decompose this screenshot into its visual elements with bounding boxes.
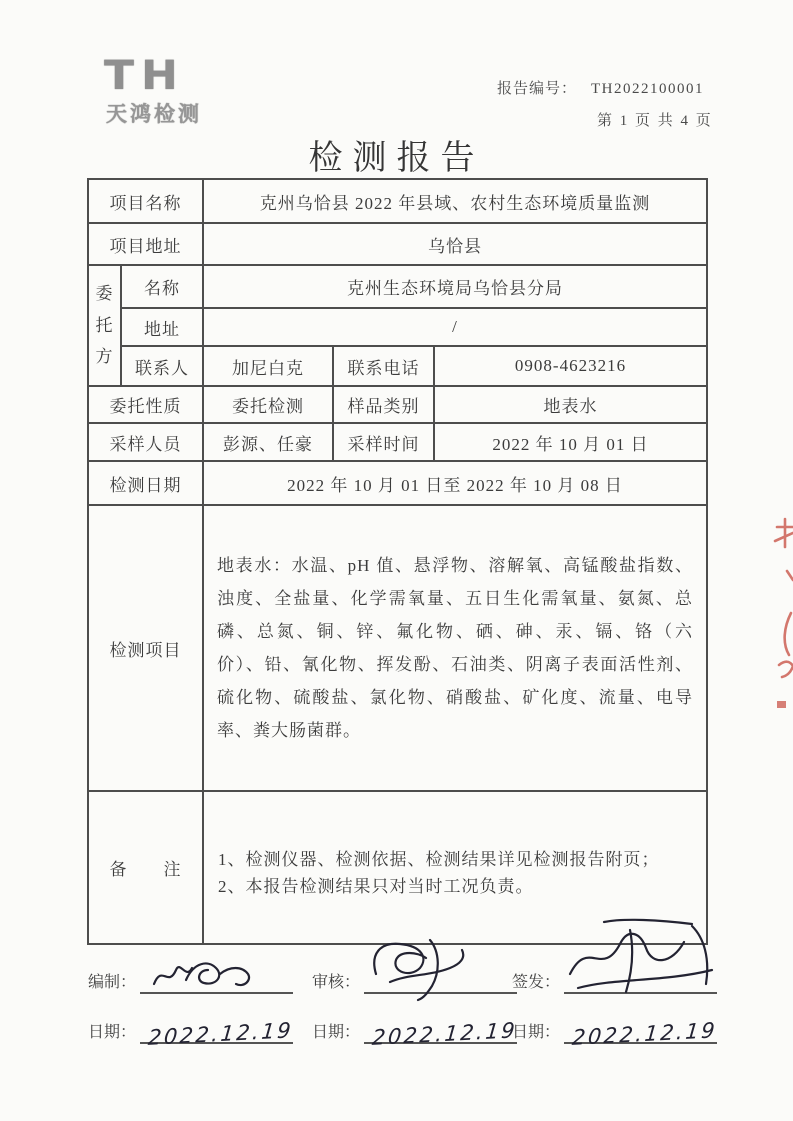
project-address-label: 项目地址	[88, 223, 203, 265]
client-name-value: 克州生态环境局乌恰县分局	[203, 265, 707, 308]
client-address-value: /	[203, 308, 707, 346]
sample-category-label: 样品类别	[333, 386, 434, 423]
project-name-label: 项目名称	[88, 179, 203, 223]
test-date-label: 检测日期	[88, 461, 203, 505]
contact-label: 联系人	[121, 346, 203, 386]
reviewed-label: 审核：	[312, 969, 360, 994]
reviewed-date-value: 2022.12.19	[371, 1018, 518, 1050]
samplers-label: 采样人员	[88, 423, 203, 461]
red-stamp-fragments-icon	[765, 495, 793, 725]
prepared-signature	[146, 950, 276, 998]
reviewed-date-line: 2022.12.19	[364, 1008, 517, 1044]
issued-date-line: 2022.12.19	[564, 1008, 717, 1044]
reviewed-signature-line	[364, 958, 517, 994]
report-meta: 报告编号：TH2022100001 第 1 页 共 4 页	[497, 78, 713, 132]
report-number-value: TH2022100001	[591, 81, 704, 97]
sample-category-value: 地表水	[434, 386, 707, 423]
client-group-label-text: 委托方	[95, 278, 115, 372]
table-row: 项目地址 乌恰县	[88, 223, 707, 265]
phone-label: 联系电话	[333, 346, 434, 386]
issued-date-value: 2022.12.19	[571, 1018, 718, 1050]
prepared-date-line: 2022.12.19	[140, 1008, 293, 1044]
issued-signature-line	[564, 958, 717, 994]
project-name-value: 克州乌恰县 2022 年县域、农村生态环境质量监测	[203, 179, 707, 223]
table-row: 检测项目 地表水：水温、pH 值、悬浮物、溶解氧、高锰酸盐指数、浊度、全盐量、化…	[88, 505, 707, 791]
test-items-label: 检测项目	[88, 505, 203, 791]
reviewed-date-label: 日期：	[312, 1019, 360, 1044]
sampling-time-label: 采样时间	[333, 423, 434, 461]
remarks-line-2: 2、本报告检测结果只对当时工况负责。	[218, 873, 694, 900]
table-row: 地址 /	[88, 308, 707, 346]
project-address-value: 乌恰县	[203, 223, 707, 265]
remarks-label: 备 注	[88, 791, 203, 944]
issued-signature	[564, 914, 724, 1006]
issued-label: 签发：	[512, 969, 560, 994]
prepared-date-label: 日期：	[88, 1019, 136, 1044]
commission-type-label: 委托性质	[88, 386, 203, 423]
issued-date-label: 日期：	[512, 1019, 560, 1044]
test-date-value: 2022 年 10 月 01 日至 2022 年 10 月 08 日	[203, 461, 707, 505]
reviewed-signature	[366, 934, 506, 1004]
sampling-time-value: 2022 年 10 月 01 日	[434, 423, 707, 461]
logo-initials: TH	[104, 56, 264, 96]
issued-block: 签发： 日期： 2022.12.19	[512, 956, 717, 1044]
client-group-label: 委托方	[88, 265, 121, 386]
company-logo: TH 天鸿检测	[104, 56, 264, 128]
prepared-signature-line	[140, 958, 293, 994]
test-items-value: 地表水：水温、pH 值、悬浮物、溶解氧、高锰酸盐指数、浊度、全盐量、化学需氧量、…	[203, 505, 707, 791]
report-title: 检测报告	[0, 130, 793, 179]
reviewed-block: 审核： 日期： 2022.12.19	[312, 956, 517, 1044]
table-row: 项目名称 克州乌恰县 2022 年县域、农村生态环境质量监测	[88, 179, 707, 223]
phone-value: 0908-4623216	[434, 346, 707, 386]
table-row: 委托方 名称 克州生态环境局乌恰县分局	[88, 265, 707, 308]
scanned-report-page: TH 天鸿检测 报告编号：TH2022100001 第 1 页 共 4 页 检测…	[0, 0, 793, 1121]
table-row: 采样人员 彭源、任豪 采样时间 2022 年 10 月 01 日	[88, 423, 707, 461]
table-row: 检测日期 2022 年 10 月 01 日至 2022 年 10 月 08 日	[88, 461, 707, 505]
page-indicator: 第 1 页 共 4 页	[597, 110, 713, 132]
report-number-label: 报告编号：	[497, 81, 577, 97]
client-name-label: 名称	[121, 265, 203, 308]
logo-company-name: 天鸿检测	[106, 98, 264, 128]
commission-type-value: 委托检测	[203, 386, 333, 423]
table-row: 联系人 加尼白克 联系电话 0908-4623216	[88, 346, 707, 386]
prepared-block: 编制： 日期： 2022.12.19	[88, 956, 293, 1044]
remarks-line-1: 1、检测仪器、检测依据、检测结果详见检测报告附页；	[218, 846, 694, 873]
report-info-table: 项目名称 克州乌恰县 2022 年县域、农村生态环境质量监测 项目地址 乌恰县 …	[87, 178, 708, 945]
samplers-value: 彭源、任豪	[203, 423, 333, 461]
client-address-label: 地址	[121, 308, 203, 346]
table-row: 委托性质 委托检测 样品类别 地表水	[88, 386, 707, 423]
prepared-label: 编制：	[88, 969, 136, 994]
contact-value: 加尼白克	[203, 346, 333, 386]
prepared-date-value: 2022.12.19	[147, 1018, 294, 1050]
